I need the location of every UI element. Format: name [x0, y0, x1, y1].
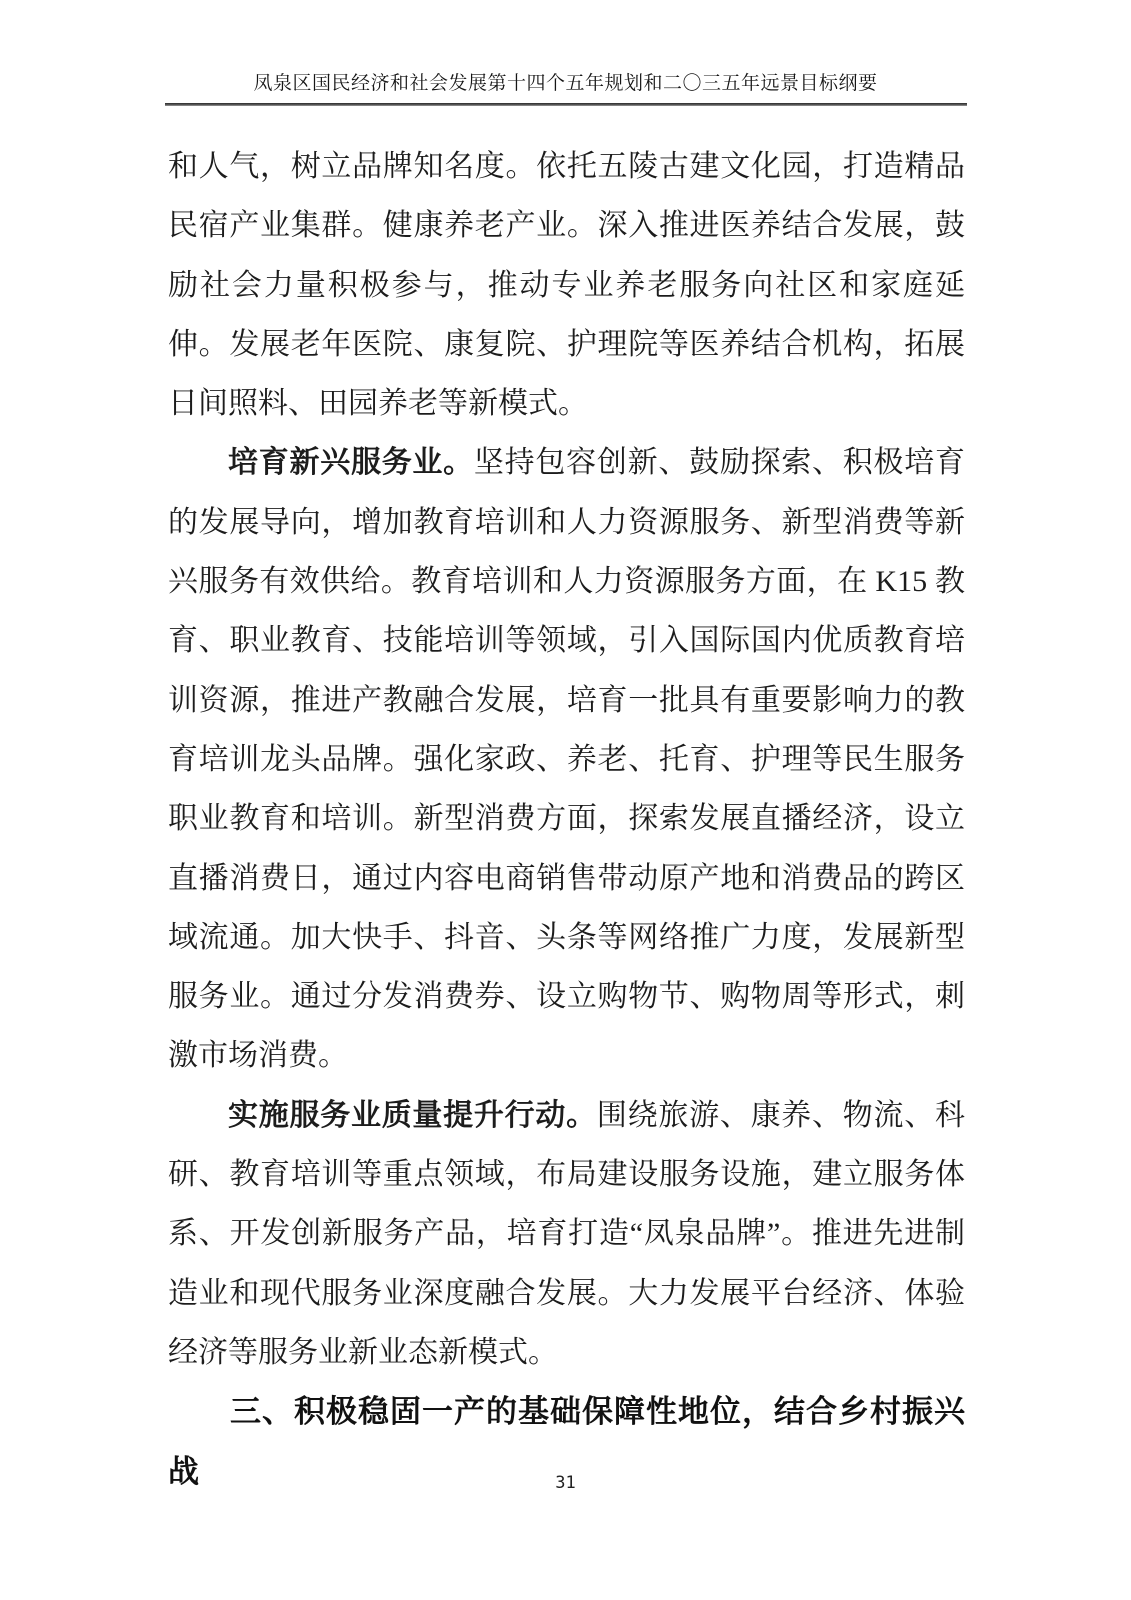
header-divider [165, 103, 967, 106]
document-body: 和人气，树立品牌知名度。依托五陵古建文化园，打造精品民宿产业集群。健康养老产业。… [168, 137, 965, 1501]
page-number: 31 [555, 1473, 575, 1493]
paragraph-lead: 培育新兴服务业。 [228, 446, 474, 479]
page-footer: 31 [0, 1473, 1131, 1493]
body-paragraph: 实施服务业质量提升行动。围绕旅游、康养、物流、科研、教育培训等重点领域，布局建设… [168, 1086, 965, 1382]
body-paragraph: 培育新兴服务业。坚持包容创新、鼓励探索、积极培育的发展导向，增加教育培训和人力资… [168, 433, 965, 1085]
document-page: 凤泉区国民经济和社会发展第十四个五年规划和二〇三五年远景目标纲要 和人气，树立品… [0, 0, 1131, 1600]
header-title: 凤泉区国民经济和社会发展第十四个五年规划和二〇三五年远景目标纲要 [0, 72, 1131, 96]
page-header: 凤泉区国民经济和社会发展第十四个五年规划和二〇三五年远景目标纲要 [0, 0, 1131, 106]
body-paragraph: 和人气，树立品牌知名度。依托五陵古建文化园，打造精品民宿产业集群。健康养老产业。… [168, 137, 965, 433]
paragraph-lead: 实施服务业质量提升行动。 [228, 1099, 597, 1132]
